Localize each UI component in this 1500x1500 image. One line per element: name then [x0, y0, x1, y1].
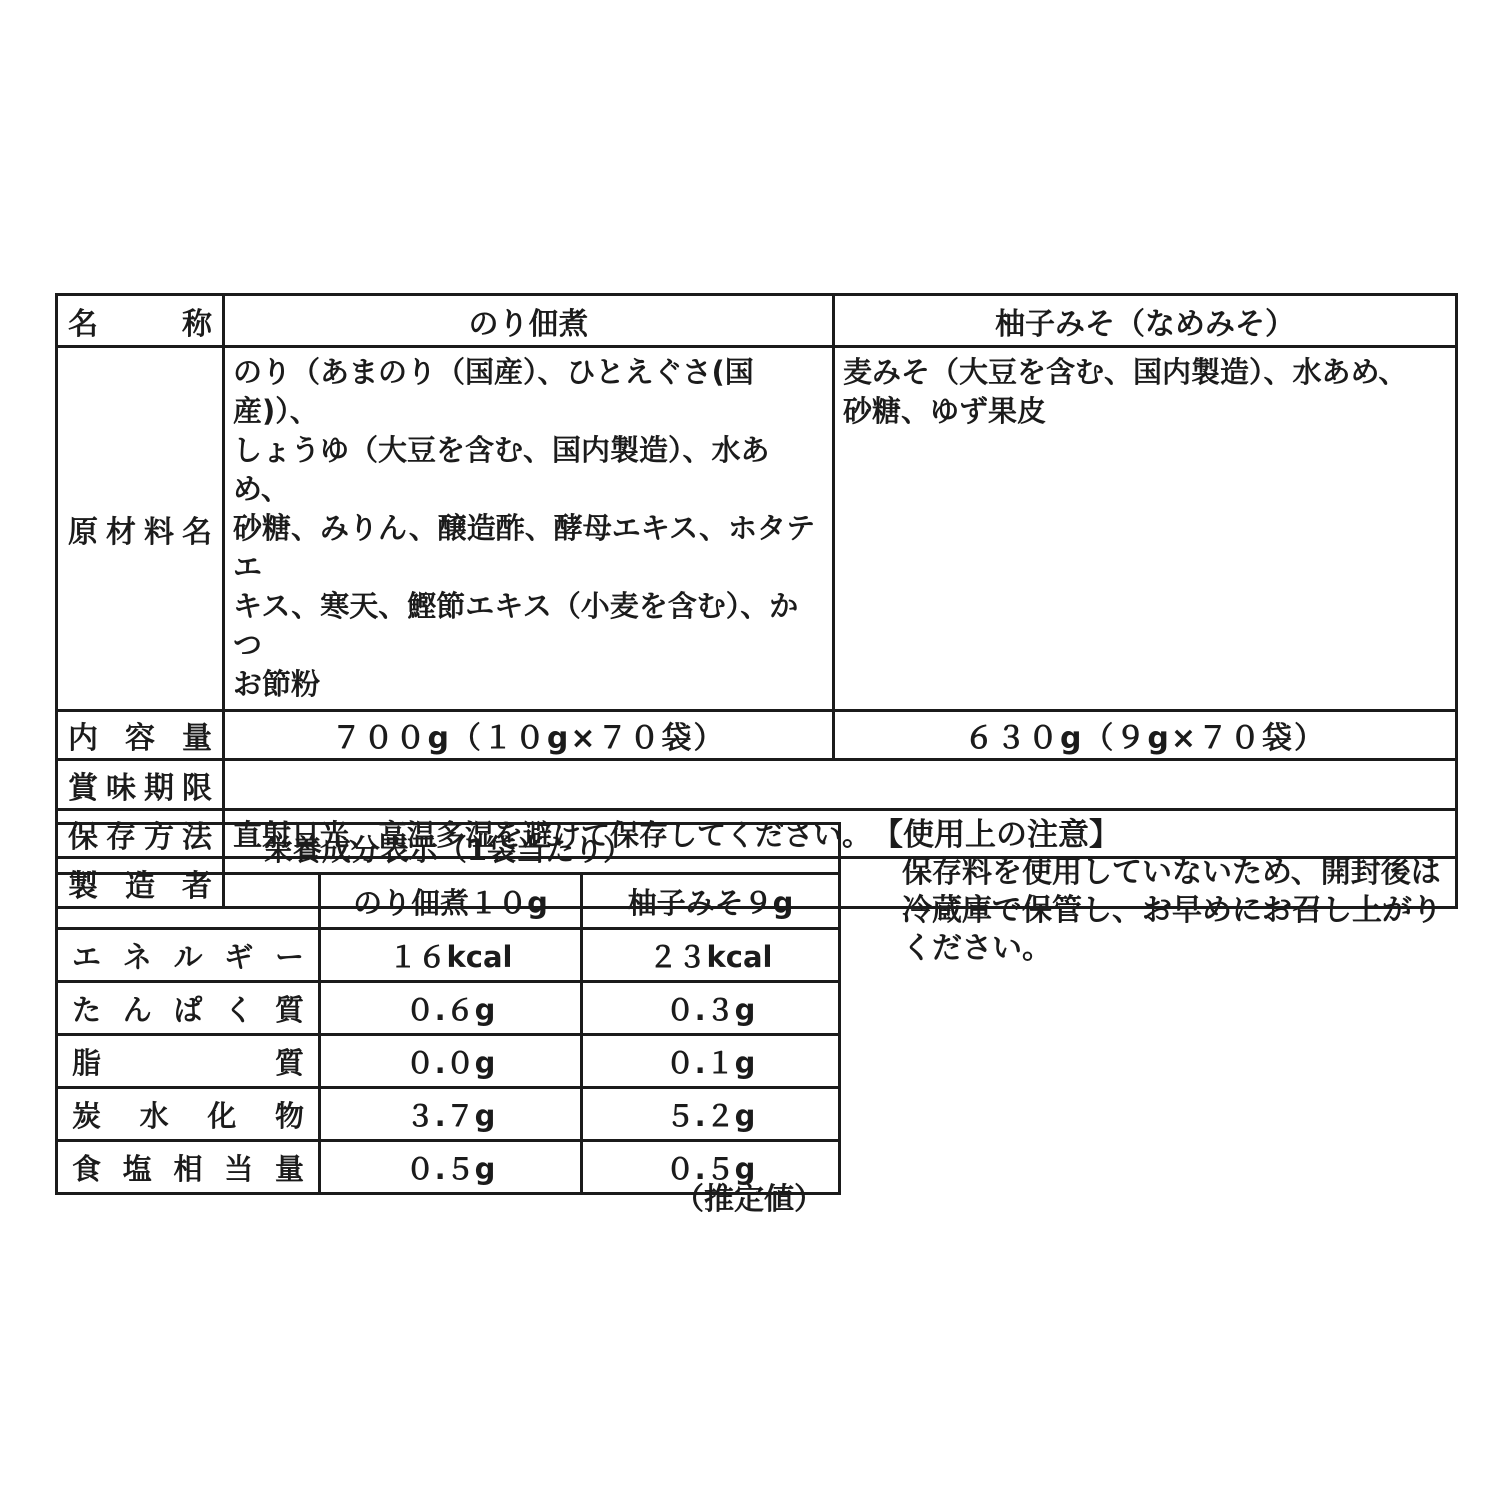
usage-note-body: 保存料を使用していないため、開封後は 冷蔵庫で保管し、お早めにお召し上がり くだ… — [872, 854, 1482, 968]
spec-name-label: 名称 — [57, 295, 224, 347]
label-scan-page: 名称 のり佃煮 柚子みそ（なめみそ） 原材料名 のり（あまのり（国産）、ひとえぐ… — [0, 0, 1500, 1500]
spec-content-label: 内容量 — [57, 711, 224, 760]
spec-row-content: 内容量 ７００g（１０g×７０袋） ６３０g（９g×７０袋） — [57, 711, 1457, 760]
nutrition-header-row: のり佃煮１０g 柚子みそ９g — [57, 874, 840, 929]
spec-row-expiry: 賞味期限 — [57, 760, 1457, 810]
nutrition-value: ５.２g — [582, 1088, 840, 1141]
nutrition-label: エネルギー — [57, 929, 320, 982]
nutrition-label: 炭水化物 — [57, 1088, 320, 1141]
nutrition-label: たんぱく質 — [57, 982, 320, 1035]
nutrition-header-product1: のり佃煮１０g — [320, 874, 582, 929]
nutrition-value: １６kcal — [320, 929, 582, 982]
usage-note: 【使用上の注意】 保存料を使用していないため、開封後は 冷蔵庫で保管し、お早めに… — [872, 816, 1482, 968]
nutrition-value: ０.３g — [582, 982, 840, 1035]
nutrition-label: 脂質 — [57, 1035, 320, 1088]
spec-ingredients-label: 原材料名 — [57, 347, 224, 711]
nutrition-header-blank — [57, 874, 320, 929]
usage-note-heading: 【使用上の注意】 — [872, 816, 1482, 854]
spec-name-product1: のり佃煮 — [224, 295, 834, 347]
spec-content-product1: ７００g（１０g×７０袋） — [224, 711, 834, 760]
nutrition-value: ０.０g — [320, 1035, 582, 1088]
spec-row-ingredients: 原材料名 のり（あまのり（国産）、ひとえぐさ(国産)）、 しょうゆ（大豆を含む、… — [57, 347, 1457, 711]
spec-row-name: 名称 のり佃煮 柚子みそ（なめみそ） — [57, 295, 1457, 347]
spec-ingredients-product2: 麦みそ（大豆を含む、国内製造）、水あめ、 砂糖、ゆず果皮 — [834, 347, 1457, 711]
spec-expiry-value — [224, 760, 1457, 810]
nutrition-table: 栄養成分表示（1袋当たり） のり佃煮１０g 柚子みそ９g エネルギー １６kca… — [55, 822, 841, 1195]
nutrition-row-energy: エネルギー １６kcal ２３kcal — [57, 929, 840, 982]
spec-name-product2: 柚子みそ（なめみそ） — [834, 295, 1457, 347]
nutrition-value: ０.６g — [320, 982, 582, 1035]
spec-expiry-label: 賞味期限 — [57, 760, 224, 810]
spec-ingredients-product1: のり（あまのり（国産）、ひとえぐさ(国産)）、 しょうゆ（大豆を含む、国内製造）… — [224, 347, 834, 711]
nutrition-title: 栄養成分表示（1袋当たり） — [57, 824, 840, 874]
nutrition-row-fat: 脂質 ０.０g ０.１g — [57, 1035, 840, 1088]
nutrition-footnote: （推定値） — [55, 1174, 838, 1218]
nutrition-title-row: 栄養成分表示（1袋当たり） — [57, 824, 840, 874]
nutrition-value: ０.１g — [582, 1035, 840, 1088]
nutrition-row-protein: たんぱく質 ０.６g ０.３g — [57, 982, 840, 1035]
nutrition-row-carbohydrate: 炭水化物 ３.７g ５.２g — [57, 1088, 840, 1141]
nutrition-value: ２３kcal — [582, 929, 840, 982]
spec-content-product2: ６３０g（９g×７０袋） — [834, 711, 1457, 760]
nutrition-value: ３.７g — [320, 1088, 582, 1141]
nutrition-header-product2: 柚子みそ９g — [582, 874, 840, 929]
